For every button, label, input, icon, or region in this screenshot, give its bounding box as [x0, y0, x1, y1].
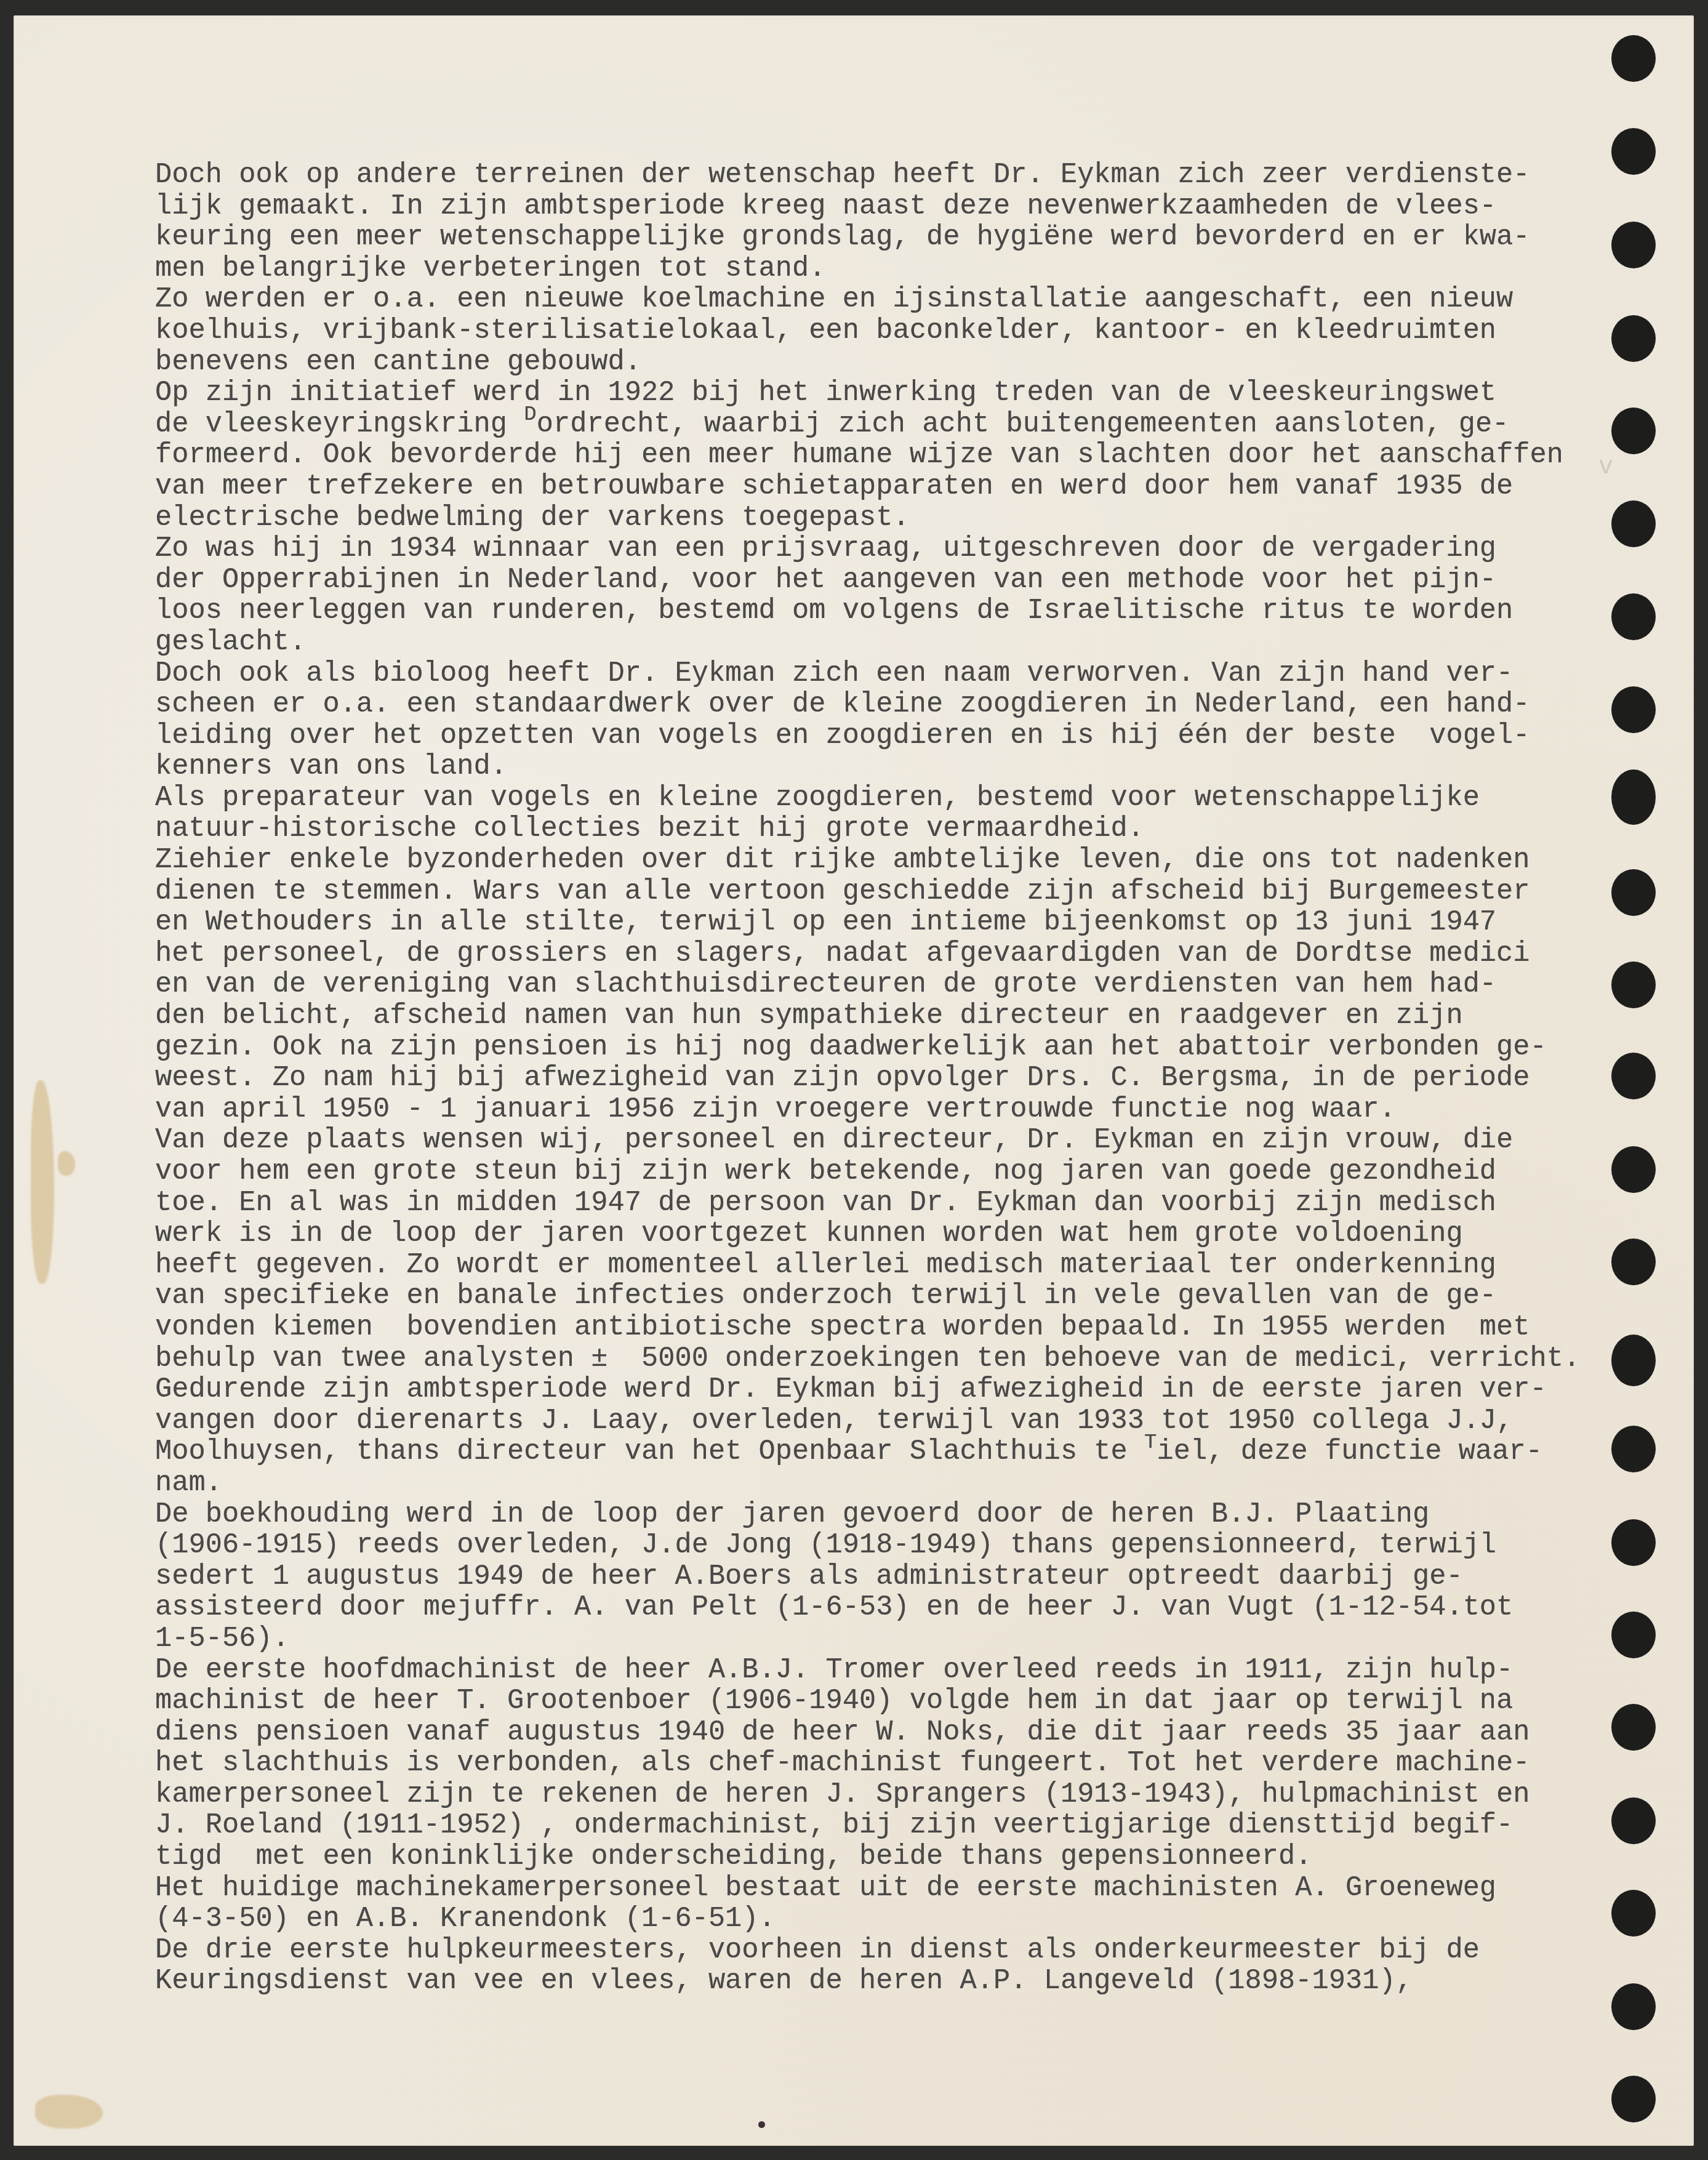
text-line: Op zijn initiatief werd in 1922 bij het … [155, 377, 1580, 409]
text-line: gezin. Ook na zijn pensioen is hij nog d… [155, 1032, 1580, 1063]
text-line: (4-3-50) en A.B. Kranendonk (1-6-51). [155, 1903, 1580, 1935]
text-line: electrische bedwelming der varkens toege… [155, 502, 1580, 534]
raised-letter: T [1144, 1431, 1157, 1455]
punch-hole-icon [1611, 1519, 1656, 1566]
punch-hole-icon [1611, 769, 1656, 825]
text-line: toe. En al was in midden 1947 de persoon… [155, 1187, 1580, 1219]
text-line: Gedurende zijn ambtsperiode werd Dr. Eyk… [155, 1374, 1580, 1405]
text-line: het slachthuis is verbonden, als chef-ma… [155, 1748, 1580, 1779]
punch-hole-icon [1611, 500, 1656, 547]
punch-hole-icon [1611, 1146, 1656, 1193]
text-line: assisteerd door mejuffr. A. van Pelt (1-… [155, 1592, 1580, 1623]
punch-hole-icon [1611, 1239, 1656, 1285]
punch-hole-icon [1611, 1890, 1656, 1937]
text-line: van meer trefzekere en betrouwbare schie… [155, 471, 1580, 502]
punch-hole-icon [1611, 686, 1656, 733]
stain-left-margin-small [58, 1151, 75, 1176]
punch-hole-icon [1611, 2076, 1656, 2122]
text-line-with-overstrike: Moolhuysen, thans directeur van het Open… [155, 1436, 1580, 1467]
text-line: voor hem een grote steun bij zijn werk b… [155, 1156, 1580, 1187]
text-line: Van deze plaats wensen wij, personeel en… [155, 1125, 1580, 1156]
text-line: Doch ook als bioloog heeft Dr. Eykman zi… [155, 658, 1580, 689]
text-line: den belicht, afscheid namen van hun symp… [155, 1000, 1580, 1032]
text-line: loos neerleggen van runderen, bestemd om… [155, 595, 1580, 627]
punch-hole-icon [1611, 869, 1656, 916]
text-line: Doch ook op andere terreinen der wetensc… [155, 159, 1580, 191]
punch-hole-icon [1611, 1053, 1656, 1099]
text-line: kenners van ons land. [155, 751, 1580, 782]
text-line: dienen te stemmen. Wars van alle vertoon… [155, 876, 1580, 907]
text-line: koelhuis, vrijbank-sterilisatielokaal, e… [155, 315, 1580, 347]
text-line: der Opperrabijnen in Nederland, voor het… [155, 564, 1580, 596]
punch-hole-icon [1611, 408, 1656, 454]
text-line: De boekhouding werd in de loop der jaren… [155, 1499, 1580, 1530]
punch-hole-icon [1611, 1426, 1656, 1472]
ink-dot [758, 2121, 765, 2128]
punch-hole-icon [1611, 962, 1656, 1008]
text-line: Zo werden er o.a. een nieuwe koelmachine… [155, 284, 1580, 315]
text-line: (1906-1915) reeds overleden, J.de Jong (… [155, 1530, 1580, 1561]
punch-hole-strip [1611, 0, 1685, 2160]
text-line: De drie eerste hulpkeurmeesters, voorhee… [155, 1935, 1580, 1966]
text-line: Als preparateur van vogels en kleine zoo… [155, 782, 1580, 814]
punch-hole-icon [1611, 1704, 1656, 1751]
text-line: natuur-historische collecties bezit hij … [155, 813, 1580, 845]
text-line: 1-5-56). [155, 1623, 1580, 1655]
punch-hole-icon [1611, 35, 1656, 82]
punch-hole-icon [1611, 315, 1656, 362]
punch-hole-icon [1611, 1983, 1656, 2030]
text-line: het personeel, de grossiers en slagers, … [155, 938, 1580, 970]
text-line: De eerste hoofdmachinist de heer A.B.J. … [155, 1655, 1580, 1686]
text-line: behulp van twee analysten ± 5000 onderzo… [155, 1343, 1580, 1375]
punch-hole-icon [1611, 222, 1656, 268]
text-line: heeft gegeven. Zo wordt er momenteel all… [155, 1250, 1580, 1281]
text-line: van specifieke en banale infecties onder… [155, 1280, 1580, 1312]
text-line: men belangrijke verbeteringen tot stand. [155, 253, 1580, 284]
text-line: geslacht. [155, 627, 1580, 658]
text-line: Het huidige machinekamerpersoneel bestaa… [155, 1873, 1580, 1904]
text-line: diens pensioen vanaf augustus 1940 de he… [155, 1717, 1580, 1748]
punch-hole-icon [1611, 593, 1656, 640]
text-line: keuring een meer wetenschappelijke grond… [155, 222, 1580, 253]
punch-hole-icon [1611, 1797, 1656, 1844]
punch-hole-icon [1611, 1335, 1656, 1386]
text-line: en Wethouders in alle stilte, terwijl op… [155, 907, 1580, 938]
raised-letter: D [524, 403, 536, 427]
text-line: leiding over het opzetten van vogels en … [155, 720, 1580, 752]
text-line: formeerd. Ook bevorderde hij een meer hu… [155, 440, 1580, 471]
text-line: werk is in de loop der jaren voortgezet … [155, 1218, 1580, 1250]
text-line: kamerpersoneel zijn te rekenen de heren … [155, 1779, 1580, 1810]
text-line: en van de vereniging van slachthuisdirec… [155, 969, 1580, 1000]
text-line: J. Roeland (1911-1952) , ondermachinist,… [155, 1810, 1580, 1841]
text-line: benevens een cantine gebouwd. [155, 347, 1580, 378]
text-line: scheen er o.a. een standaardwerk over de… [155, 689, 1580, 720]
text-line: weest. Zo nam hij bij afwezigheid van zi… [155, 1062, 1580, 1094]
text-line: sedert 1 augustus 1949 de heer A.Boers a… [155, 1561, 1580, 1592]
text-line: Keuringsdienst van vee en vlees, waren d… [155, 1965, 1580, 1997]
text-line: Ziehier enkele byzonderheden over dit ri… [155, 845, 1580, 876]
text-line: Zo was hij in 1934 winnaar van een prijs… [155, 533, 1580, 564]
text-line: vangen door dierenarts J. Laay, overlede… [155, 1405, 1580, 1437]
punch-hole-icon [1611, 128, 1656, 175]
text-line: vonden kiemen bovendien antibiotische sp… [155, 1312, 1580, 1343]
text-line: nam. [155, 1467, 1580, 1499]
stain-left-margin [31, 1080, 54, 1283]
text-line: lijk gemaakt. In zijn ambtsperiode kreeg… [155, 191, 1580, 222]
stain-bottom-left [35, 2095, 103, 2129]
text-line: machinist de heer T. Grootenboer (1906-1… [155, 1685, 1580, 1717]
text-line: tigd met een koninklijke onderscheiding,… [155, 1841, 1580, 1873]
typed-body-text: Doch ook op andere terreinen der wetensc… [155, 159, 1580, 1997]
text-line-with-overstrike: de vleeskeyringskring Dordrecht, waarbij… [155, 409, 1580, 440]
typewritten-page: Doch ook op andere terreinen der wetensc… [14, 15, 1694, 2146]
punch-hole-icon [1611, 1612, 1656, 1658]
text-line: van april 1950 - 1 januari 1956 zijn vro… [155, 1094, 1580, 1125]
